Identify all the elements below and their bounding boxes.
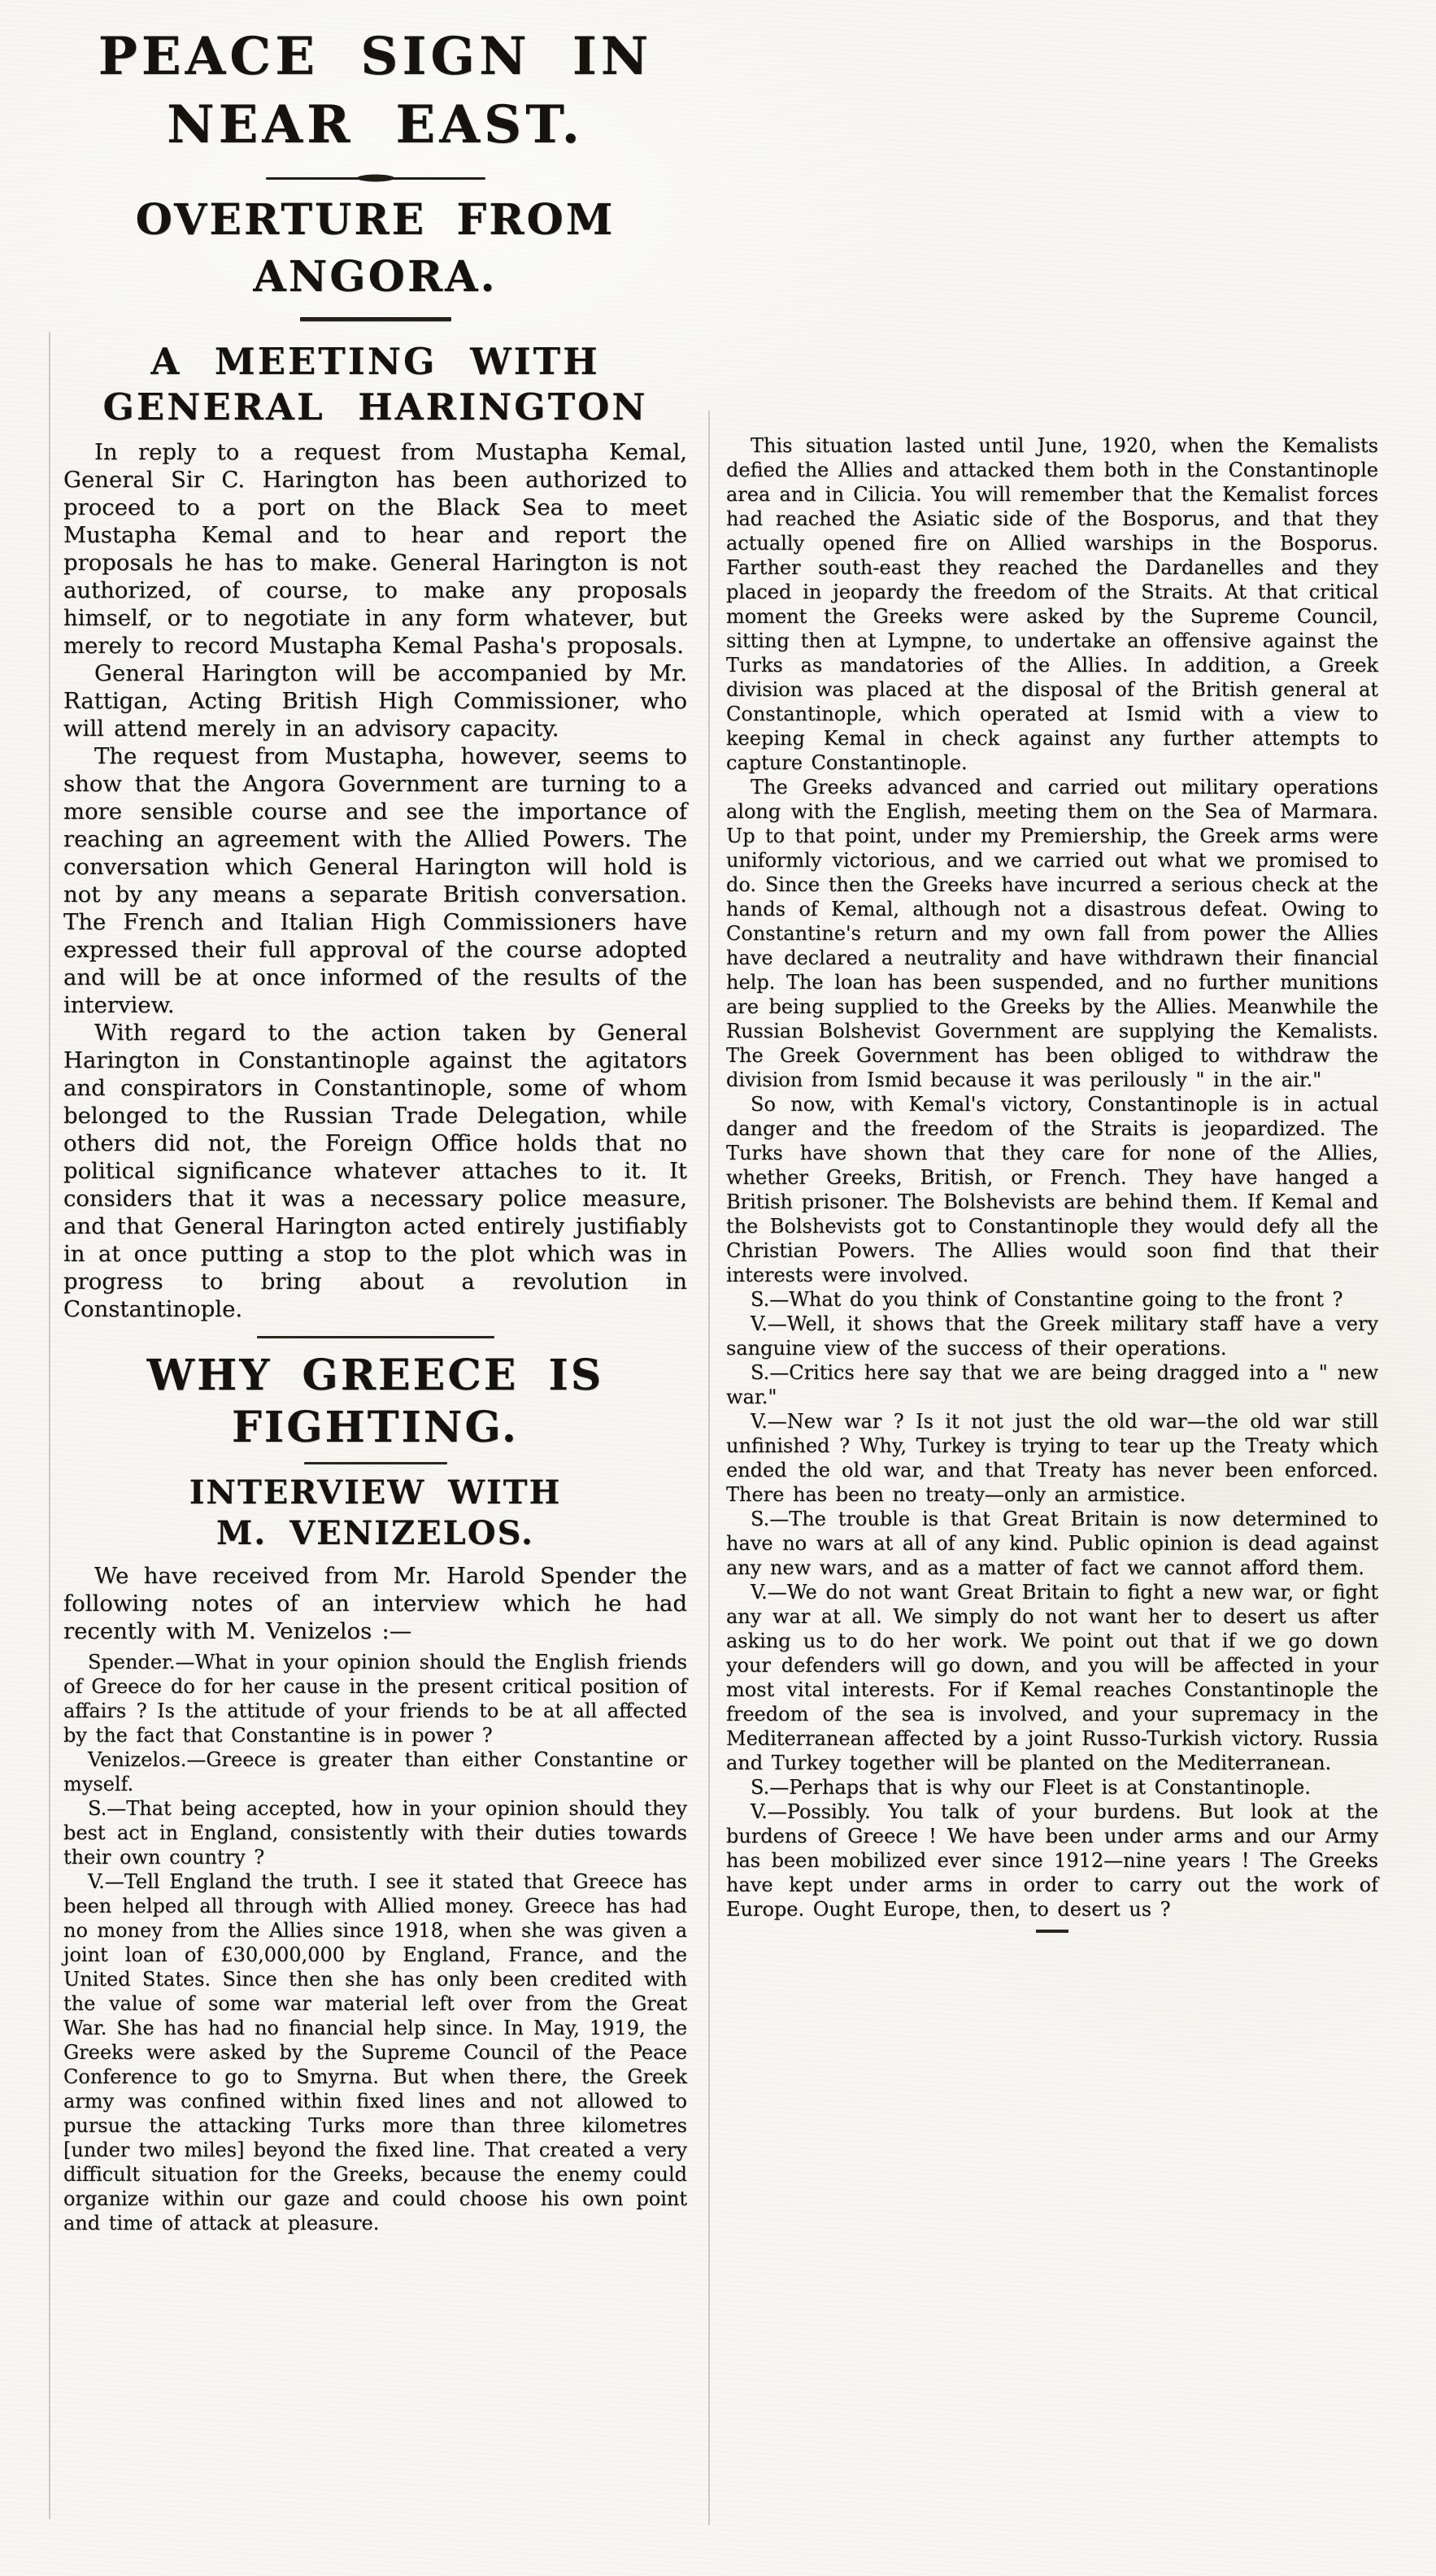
column-rule-left (49, 332, 50, 2519)
question-paragraph: S.—The trouble is that Great Britain is … (726, 1507, 1378, 1580)
interview-heading: INTERVIEW WITH M. VENIZELOS. (63, 1473, 687, 1554)
newspaper-page: PEACE SIGN IN NEAR EAST. OVERTURE FROM A… (0, 0, 1436, 2576)
main-headline: PEACE SIGN IN NEAR EAST. (63, 23, 687, 159)
paragraph: This situation lasted until June, 1920, … (726, 433, 1378, 775)
answer-paragraph: V.—Possibly. You talk of your burdens. B… (726, 1799, 1378, 1921)
interview-heading-line-2: M. VENIZELOS. (63, 1513, 687, 1554)
right-column: This situation lasted until June, 1920, … (726, 433, 1378, 1933)
question-paragraph: S.—Critics here say that we are being dr… (726, 1360, 1378, 1409)
answer-paragraph: V.—We do not want Great Britain to fight… (726, 1580, 1378, 1775)
question-paragraph: Spender.—What in your opinion should the… (63, 1650, 687, 1747)
section-end-rule (257, 1336, 494, 1338)
paragraph: The request from Mustapha, however, seem… (63, 742, 687, 1019)
thick-rule-divider (300, 317, 451, 321)
interview-qa-left: Spender.—What in your opinion should the… (63, 1650, 687, 2235)
paragraph: General Harington will be accompanied by… (63, 659, 687, 742)
question-paragraph: S.—What do you think of Constantine goin… (726, 1287, 1378, 1312)
subsection-rule (304, 1462, 447, 1464)
column-rule-middle (708, 411, 710, 2525)
answer-paragraph: V.—Well, it shows that the Greek militar… (726, 1312, 1378, 1360)
interview-intro: We have received from Mr. Harold Spender… (63, 1562, 687, 1645)
article-end-dash (1036, 1930, 1068, 1933)
paragraph: In reply to a request from Mustapha Kema… (63, 438, 687, 659)
divider-diamond (357, 175, 394, 182)
main-headline-line-1: PEACE SIGN IN (63, 23, 687, 91)
answer-paragraph: V.—Tell England the truth. I see it stat… (63, 1869, 687, 2235)
section1-body: In reply to a request from Mustapha Kema… (63, 438, 687, 1323)
subtitle-line-1: OVERTURE FROM (63, 192, 687, 249)
section1-heading-line-1: A MEETING WITH (63, 339, 687, 385)
answer-paragraph: Venizelos.—Greece is greater than either… (63, 1747, 687, 1796)
subtitle-headline: OVERTURE FROM ANGORA. (63, 192, 687, 306)
paragraph: The Greeks advanced and carried out mili… (726, 775, 1378, 1092)
left-column: PEACE SIGN IN NEAR EAST. OVERTURE FROM A… (63, 23, 687, 2235)
paragraph: So now, with Kemal's victory, Constantin… (726, 1092, 1378, 1287)
section2-heading-line-2: FIGHTING. (63, 1402, 687, 1454)
answer-paragraph: V.—New war ? Is it not just the old war—… (726, 1409, 1378, 1507)
question-paragraph: S.—Perhaps that is why our Fleet is at C… (726, 1775, 1378, 1799)
paragraph: We have received from Mr. Harold Spender… (63, 1562, 687, 1645)
interview-continued: This situation lasted until June, 1920, … (726, 433, 1378, 1921)
paragraph: With regard to the action taken by Gener… (63, 1019, 687, 1323)
main-headline-line-2: NEAR EAST. (63, 91, 687, 159)
section1-heading-line-2: GENERAL HARINGTON (63, 385, 687, 430)
interview-heading-line-1: INTERVIEW WITH (63, 1473, 687, 1513)
question-paragraph: S.—That being accepted, how in your opin… (63, 1796, 687, 1869)
section1-heading: A MEETING WITH GENERAL HARINGTON (63, 339, 687, 430)
swelled-rule-divider (266, 172, 485, 184)
subtitle-line-2: ANGORA. (63, 249, 687, 306)
section2-heading-line-1: WHY GREECE IS (63, 1350, 687, 1402)
section2-heading: WHY GREECE IS FIGHTING. (63, 1350, 687, 1454)
